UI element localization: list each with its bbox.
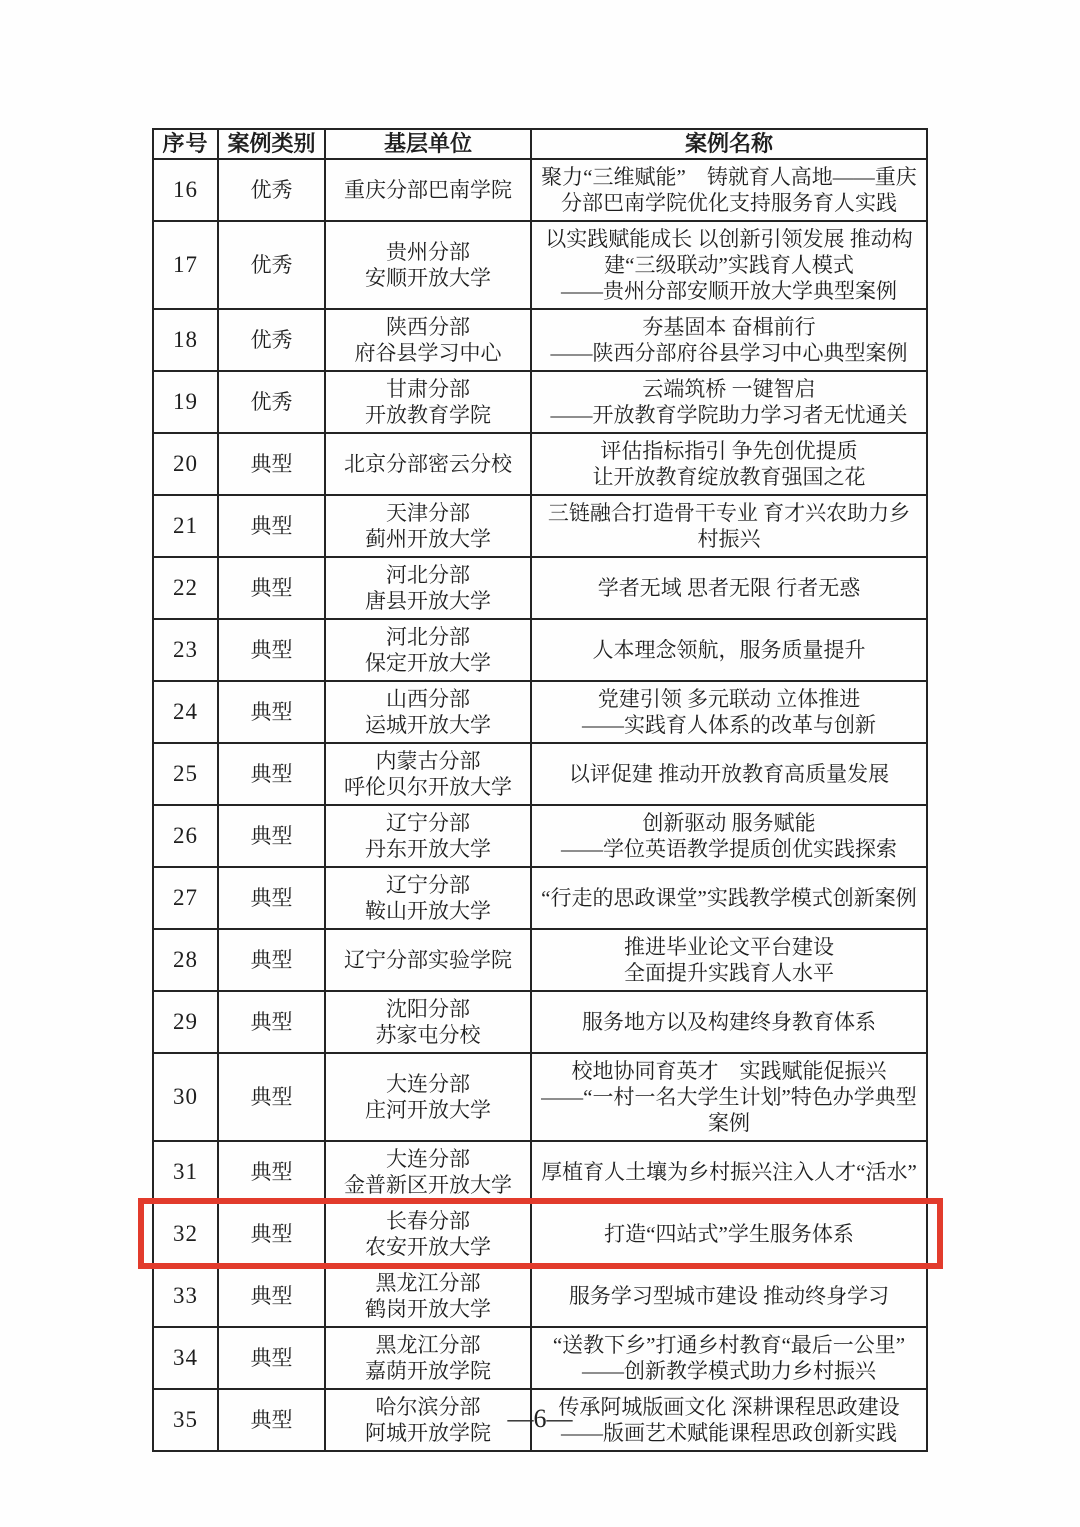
cell-unit: 山西分部 运城开放大学 [324,682,530,742]
cell-category: 典型 [217,558,324,618]
table-row: 27 典型 辽宁分部 鞍山开放大学 “行走的思政课堂”实践教学模式创新案例 [154,866,926,928]
page-number: —6— [0,1404,1080,1434]
cell-case-name: 服务学习型城市建设 推动终身学习 [530,1266,926,1326]
cell-category: 典型 [217,868,324,928]
cell-category: 典型 [217,1142,324,1202]
cell-unit: 内蒙古分部 呼伦贝尔开放大学 [324,744,530,804]
table-body: 16 优秀 重庆分部巴南学院 聚力“三维赋能” 铸就育人高地——重庆分部巴南学院… [154,158,926,1450]
table-row: 33 典型 黑龙江分部 鹤岗开放大学 服务学习型城市建设 推动终身学习 [154,1264,926,1326]
table-row: 22 典型 河北分部 唐县开放大学 学者无域 思者无限 行者无惑 [154,556,926,618]
cell-category: 典型 [217,992,324,1052]
cell-no: 17 [154,222,217,308]
cell-no: 26 [154,806,217,866]
cell-unit: 贵州分部 安顺开放大学 [324,222,530,308]
cell-no: 24 [154,682,217,742]
column-header-no: 序号 [154,130,217,158]
cell-no: 30 [154,1054,217,1140]
table-row: 26 典型 辽宁分部 丹东开放大学 创新驱动 服务赋能 ——学位英语教学提质创优… [154,804,926,866]
cell-no: 23 [154,620,217,680]
cell-case-name: 打造“四站式”学生服务体系 [530,1204,926,1264]
cell-case-name: 学者无域 思者无限 行者无惑 [530,558,926,618]
cell-unit: 辽宁分部实验学院 [324,930,530,990]
cell-unit: 重庆分部巴南学院 [324,160,530,220]
cell-unit: 河北分部 保定开放大学 [324,620,530,680]
cell-case-name: 推进毕业论文平台建设 全面提升实践育人水平 [530,930,926,990]
cell-case-name: 云端筑桥 一键智启 ——开放教育学院助力学习者无忧通关 [530,372,926,432]
cell-unit: 陕西分部 府谷县学习中心 [324,310,530,370]
cases-table: 序号 案例类别 基层单位 案例名称 16 优秀 重庆分部巴南学院 聚力“三维赋能… [152,128,928,1452]
table-row: 16 优秀 重庆分部巴南学院 聚力“三维赋能” 铸就育人高地——重庆分部巴南学院… [154,158,926,220]
cell-no: 20 [154,434,217,494]
table-row: 24 典型 山西分部 运城开放大学 党建引领 多元联动 立体推进 ——实践育人体… [154,680,926,742]
cell-no: 31 [154,1142,217,1202]
table-row: 20 典型 北京分部密云分校 评估指标指引 争先创优提质 让开放教育绽放教育强国… [154,432,926,494]
cell-unit: 辽宁分部 丹东开放大学 [324,806,530,866]
cell-no: 32 [154,1204,217,1264]
document-page: 序号 案例类别 基层单位 案例名称 16 优秀 重庆分部巴南学院 聚力“三维赋能… [0,0,1080,1527]
column-header-category: 案例类别 [217,130,324,158]
cell-no: 33 [154,1266,217,1326]
cell-case-name: “送教下乡”打通乡村教育“最后一公里” ——创新教学模式助力乡村振兴 [530,1328,926,1388]
table-row: 18 优秀 陕西分部 府谷县学习中心 夯基固本 奋楫前行 ——陕西分部府谷县学习… [154,308,926,370]
table-row: 28 典型 辽宁分部实验学院 推进毕业论文平台建设 全面提升实践育人水平 [154,928,926,990]
cell-category: 典型 [217,806,324,866]
cell-category: 典型 [217,1328,324,1388]
cell-category: 典型 [217,496,324,556]
cell-case-name: “行走的思政课堂”实践教学模式创新案例 [530,868,926,928]
cell-case-name: 创新驱动 服务赋能 ——学位英语教学提质创优实践探索 [530,806,926,866]
table-row: 23 典型 河北分部 保定开放大学 人本理念领航，服务质量提升 [154,618,926,680]
cell-case-name: 人本理念领航，服务质量提升 [530,620,926,680]
cell-case-name: 服务地方以及构建终身教育体系 [530,992,926,1052]
cell-no: 22 [154,558,217,618]
table-row: 31 典型 大连分部 金普新区开放大学 厚植育人土壤为乡村振兴注入人才“活水” [154,1140,926,1202]
cell-category: 典型 [217,1054,324,1140]
table-row: 30 典型 大连分部 庄河开放大学 校地协同育英才 实践赋能促振兴 ——“一村一… [154,1052,926,1140]
cell-case-name: 三链融合打造骨干专业 育才兴农助力乡村振兴 [530,496,926,556]
cell-unit: 黑龙江分部 嘉荫开放学院 [324,1328,530,1388]
column-header-case-name: 案例名称 [530,130,926,158]
cell-no: 34 [154,1328,217,1388]
cell-category: 典型 [217,682,324,742]
cell-unit: 甘肃分部 开放教育学院 [324,372,530,432]
table-row: 25 典型 内蒙古分部 呼伦贝尔开放大学 以评促建 推动开放教育高质量发展 [154,742,926,804]
cell-no: 25 [154,744,217,804]
cell-case-name: 以实践赋能成长 以创新引领发展 推动构建“三级联动”实践育人模式 ——贵州分部安… [530,222,926,308]
cell-unit: 天津分部 蓟州开放大学 [324,496,530,556]
cell-no: 16 [154,160,217,220]
table-row: 34 典型 黑龙江分部 嘉荫开放学院 “送教下乡”打通乡村教育“最后一公里” —… [154,1326,926,1388]
table-row: 32 典型 长春分部 农安开放大学 打造“四站式”学生服务体系 [154,1202,926,1264]
cell-no: 21 [154,496,217,556]
table-row: 17 优秀 贵州分部 安顺开放大学 以实践赋能成长 以创新引领发展 推动构建“三… [154,220,926,308]
cell-case-name: 以评促建 推动开放教育高质量发展 [530,744,926,804]
cell-no: 27 [154,868,217,928]
cell-category: 典型 [217,434,324,494]
cell-category: 优秀 [217,222,324,308]
cell-unit: 辽宁分部 鞍山开放大学 [324,868,530,928]
cell-unit: 大连分部 金普新区开放大学 [324,1142,530,1202]
cell-case-name: 党建引领 多元联动 立体推进 ——实践育人体系的改革与创新 [530,682,926,742]
cell-case-name: 聚力“三维赋能” 铸就育人高地——重庆分部巴南学院优化支持服务育人实践 [530,160,926,220]
cell-unit: 大连分部 庄河开放大学 [324,1054,530,1140]
cell-unit: 北京分部密云分校 [324,434,530,494]
cell-case-name: 夯基固本 奋楫前行 ——陕西分部府谷县学习中心典型案例 [530,310,926,370]
cell-no: 29 [154,992,217,1052]
table-row: 29 典型 沈阳分部 苏家屯分校 服务地方以及构建终身教育体系 [154,990,926,1052]
column-header-unit: 基层单位 [324,130,530,158]
cell-category: 典型 [217,620,324,680]
cell-case-name: 校地协同育英才 实践赋能促振兴 ——“一村一名大学生计划”特色办学典型案例 [530,1054,926,1140]
cell-category: 优秀 [217,372,324,432]
cell-category: 典型 [217,744,324,804]
cell-unit: 河北分部 唐县开放大学 [324,558,530,618]
cell-unit: 沈阳分部 苏家屯分校 [324,992,530,1052]
table-row: 21 典型 天津分部 蓟州开放大学 三链融合打造骨干专业 育才兴农助力乡村振兴 [154,494,926,556]
cell-case-name: 评估指标指引 争先创优提质 让开放教育绽放教育强国之花 [530,434,926,494]
table-header-row: 序号 案例类别 基层单位 案例名称 [154,130,926,158]
cell-no: 19 [154,372,217,432]
cell-no: 18 [154,310,217,370]
cell-unit: 长春分部 农安开放大学 [324,1204,530,1264]
cell-category: 优秀 [217,160,324,220]
cell-unit: 黑龙江分部 鹤岗开放大学 [324,1266,530,1326]
cell-category: 优秀 [217,310,324,370]
cell-case-name: 厚植育人土壤为乡村振兴注入人才“活水” [530,1142,926,1202]
cell-category: 典型 [217,930,324,990]
cell-no: 28 [154,930,217,990]
cell-category: 典型 [217,1204,324,1264]
table-row: 19 优秀 甘肃分部 开放教育学院 云端筑桥 一键智启 ——开放教育学院助力学习… [154,370,926,432]
cell-category: 典型 [217,1266,324,1326]
